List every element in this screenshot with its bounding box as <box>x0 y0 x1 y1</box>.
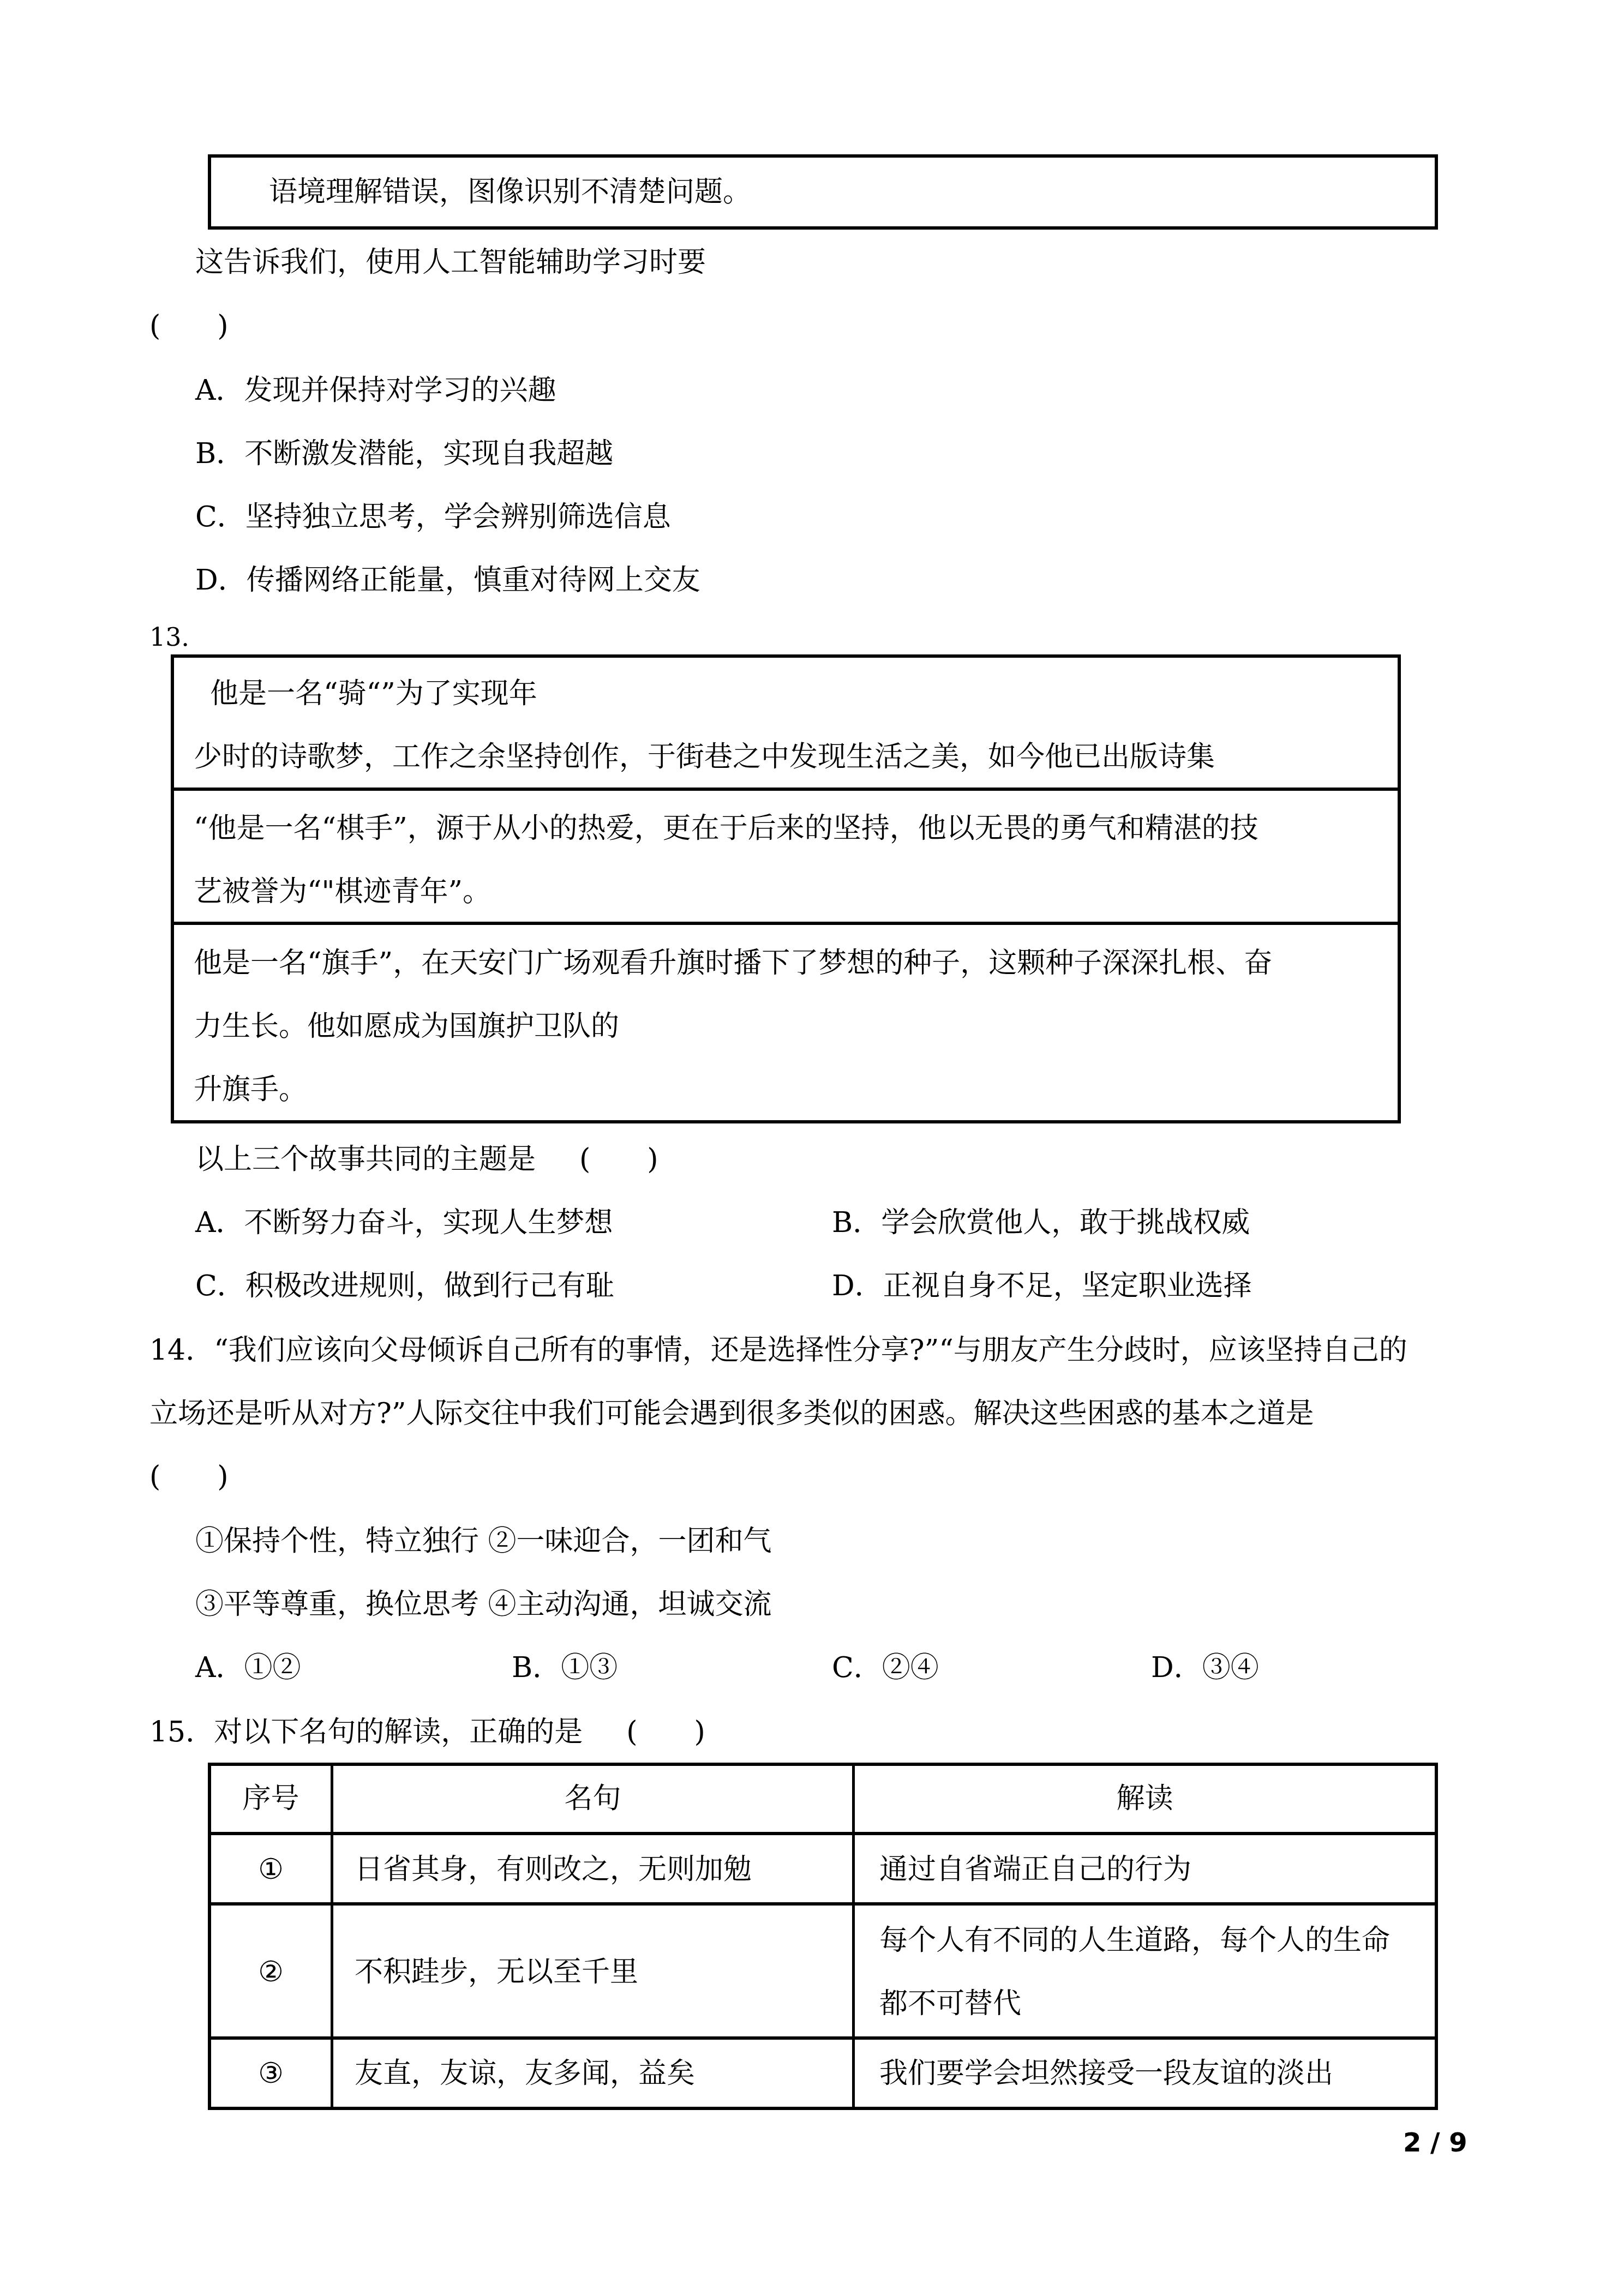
option-letter: C． <box>832 1651 882 1684</box>
q12-stem-tail: 这告诉我们，使用人工智能辅助学习时要 <box>195 248 706 277</box>
q13-story-2-line-2: 艺被誉为“"棋迹青年”。 <box>194 877 491 906</box>
q14-option-d[interactable]: D．③④ <box>1151 1654 1259 1682</box>
q13-story-3-line-3: 升旗手。 <box>194 1075 307 1104</box>
option-letter: D． <box>1151 1651 1202 1684</box>
q15-row-3-quote: 友直，友谅，友多闻，益矣 <box>355 2059 695 2088</box>
q13-story-1-line-2: 少时的诗歌梦，工作之余坚持创作，于街巷之中发现生活之美，如今他已出版诗集 <box>194 743 1215 771</box>
q15-row-3-no: ③ <box>211 2059 331 2088</box>
q15-row-1-interp: 通过自省端正自己的行为 <box>879 1855 1191 1884</box>
option-letter: D． <box>195 564 247 597</box>
q15-col-divider <box>331 1763 333 2110</box>
q14-stem-line-1: 14．“我们应该向父母倾诉自己所有的事情，还是选择性分享?”“与朋友产生分歧时，… <box>149 1336 1407 1365</box>
option-letter: B． <box>195 437 244 470</box>
q13-option-d[interactable]: D．正视自身不足，坚定职业选择 <box>832 1272 1252 1300</box>
q14-number: 14． <box>149 1334 214 1367</box>
q13-row-divider <box>171 788 1401 791</box>
q13-option-c[interactable]: C．积极改进规则，做到行己有耻 <box>195 1272 614 1300</box>
q15-row-1-no: ① <box>211 1855 331 1884</box>
q14-stem-line-2: 立场还是听从对方?”人际交往中我们可能会遇到很多类似的困惑。解决这些困惑的基本之… <box>149 1399 1314 1428</box>
q15-answer-blank[interactable]: ( ) <box>626 1716 705 1748</box>
q12-option-a[interactable]: A．发现并保持对学习的兴趣 <box>195 376 556 405</box>
q15-row-2-interp-line-2: 都不可替代 <box>879 1990 1021 2018</box>
option-text: 正视自身不足，坚定职业选择 <box>883 1270 1252 1302</box>
q13-story-1-line-1: 他是一名“骑“”为了实现年 <box>210 680 537 708</box>
q14-stem-text: “我们应该向父母倾诉自己所有的事情，还是选择性分享?”“与朋友产生分歧时，应该坚… <box>214 1334 1407 1367</box>
q14-statements-2: ③平等尊重，换位思考 ④主动沟通，坦诚交流 <box>195 1590 772 1619</box>
q13-option-a[interactable]: A．不断努力奋斗，实现人生梦想 <box>195 1209 613 1237</box>
q14-option-a[interactable]: A．①② <box>195 1654 301 1682</box>
q13-question-text: 以上三个故事共同的主题是 <box>195 1143 536 1176</box>
q13-option-b[interactable]: B．学会欣赏他人，敢于挑战权威 <box>832 1209 1250 1237</box>
q12-option-b[interactable]: B．不断激发潜能，实现自我超越 <box>195 440 613 468</box>
q15-col-divider <box>852 1763 855 2110</box>
q12-option-d[interactable]: D．传播网络正能量，慎重对待网上交友 <box>195 566 700 594</box>
q15-header-interp: 解读 <box>855 1784 1435 1813</box>
option-letter: A． <box>195 374 244 407</box>
option-text: 坚持独立思考，学会辨别筛选信息 <box>245 501 671 533</box>
option-letter: D． <box>832 1270 883 1302</box>
option-text: ①② <box>244 1651 301 1684</box>
q14-option-b[interactable]: B．①③ <box>512 1654 618 1682</box>
option-letter: A． <box>195 1206 244 1239</box>
q12-option-c[interactable]: C．坚持独立思考，学会辨别筛选信息 <box>195 503 671 531</box>
q12-answer-blank[interactable]: ( ) <box>149 312 229 340</box>
q15-row-divider <box>208 2036 1438 2040</box>
q14-option-c[interactable]: C．②④ <box>832 1654 939 1682</box>
q15-header-quote: 名句 <box>333 1784 852 1813</box>
q15-number: 15． <box>149 1716 214 1748</box>
page-number: 2 / 9 <box>1403 2130 1467 2156</box>
option-letter: B． <box>512 1651 561 1684</box>
q15-stem-text: 对以下名句的解读，正确的是 <box>214 1716 583 1748</box>
q15-row-2-no: ② <box>211 1958 331 1986</box>
q15-row-divider <box>208 1902 1438 1906</box>
q12-box-text: 语境理解错误，图像识别不清楚问题。 <box>269 178 751 206</box>
q13-number: 13． <box>149 624 207 650</box>
q13-row-divider <box>171 922 1401 925</box>
option-text: ①③ <box>561 1651 618 1684</box>
option-text: 传播网络正能量，慎重对待网上交友 <box>247 564 700 597</box>
option-text: 学会欣赏他人，敢于挑战权威 <box>881 1206 1250 1239</box>
q14-answer-blank[interactable]: ( ) <box>149 1463 229 1491</box>
option-text: 积极改进规则，做到行己有耻 <box>245 1270 614 1302</box>
option-text: 不断激发潜能，实现自我超越 <box>244 437 613 470</box>
q13-story-3-line-2: 力生长。他如愿成为国旗护卫队的 <box>194 1012 619 1041</box>
q13-story-2-line-1: “他是一名“棋手”，源于从小的热爱，更在于后来的坚持，他以无畏的勇气和精湛的技 <box>194 814 1259 843</box>
q15-stem: 15．对以下名句的解读，正确的是( ) <box>149 1718 705 1746</box>
q15-row-divider <box>208 1832 1438 1835</box>
q15-row-1-quote: 日省其身，有则改之，无则加勉 <box>355 1855 752 1884</box>
option-letter: C． <box>195 1270 245 1302</box>
q13-question: 以上三个故事共同的主题是( ) <box>195 1145 658 1174</box>
q15-row-2-interp-line-1: 每个人有不同的人生道路，每个人的生命 <box>879 1926 1390 1955</box>
option-text: 不断努力奋斗，实现人生梦想 <box>244 1206 613 1239</box>
option-letter: C． <box>195 501 245 533</box>
q13-story-3-line-1: 他是一名“旗手”，在天安门广场观看升旗时播下了梦想的种子，这颗种子深深扎根、奋 <box>194 949 1272 977</box>
q14-statements-1: ①保持个性，特立独行 ②一味迎合，一团和气 <box>195 1527 772 1555</box>
option-letter: A． <box>195 1651 244 1684</box>
q15-row-3-interp: 我们要学会坦然接受一段友谊的淡出 <box>879 2059 1333 2088</box>
q13-answer-blank[interactable]: ( ) <box>579 1143 658 1176</box>
q15-header-no: 序号 <box>211 1784 331 1813</box>
option-text: ③④ <box>1202 1651 1259 1684</box>
option-text: 发现并保持对学习的兴趣 <box>244 374 556 407</box>
q15-row-2-quote: 不积跬步，无以至千里 <box>355 1958 638 1986</box>
option-text: ②④ <box>882 1651 939 1684</box>
option-letter: B． <box>832 1206 881 1239</box>
